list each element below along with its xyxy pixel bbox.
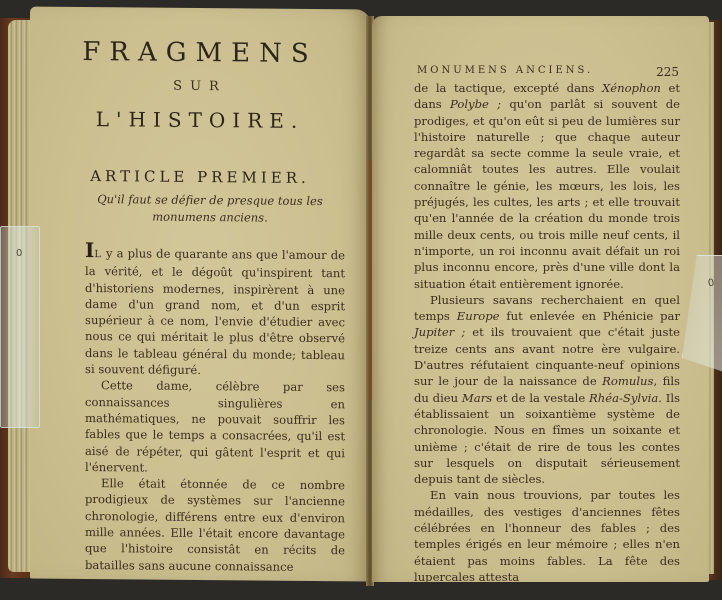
title-fragmens: FRAGMENS	[30, 37, 370, 70]
drop-cap: I	[85, 238, 94, 262]
right-page: MONUMENS ANCIENS. 225 de la tactique, ex…	[372, 16, 709, 582]
left-body-text: IL y a plus de quarante ans que l'amour …	[85, 243, 345, 575]
text: qu'on parlât si souvent de prodiges, et …	[414, 97, 680, 290]
text: fut enlevée en Phénicie par	[500, 309, 680, 323]
clip-left-label: 0	[16, 248, 22, 259]
title-sur: SUR	[30, 78, 370, 96]
article-subtitle: Qu'il faut se défier de presque tous les…	[85, 191, 335, 227]
paragraph: Cette dame, célèbre par ses connaissance…	[85, 377, 345, 477]
paragraph: IL y a plus de quarante ans que l'amour …	[85, 243, 345, 380]
italic-name: Rhéa-Sylvia.	[589, 391, 662, 405]
drop-cap-rest: L	[94, 249, 102, 260]
paragraph: de la tactique, excepté dans Xénophon et…	[414, 80, 680, 292]
article-heading: ARTICLE PREMIER.	[30, 167, 370, 188]
italic-name: Mars	[462, 391, 492, 405]
paragraph: Plusieurs savans recherchaient en quel t…	[414, 292, 680, 488]
text: et de la vestale	[492, 391, 589, 405]
paragraph: En vain nous trouvions, par toutes les m…	[414, 487, 680, 585]
italic-name: Xénophon	[602, 81, 661, 95]
title-histoire: L'HISTOIRE.	[30, 107, 370, 134]
running-head: MONUMENS ANCIENS. 225	[417, 65, 679, 79]
italic-name: Polybe ;	[450, 97, 501, 111]
paragraph-text: y a plus de quarante ans que l'amour de …	[85, 246, 345, 377]
open-book: FRAGMENS SUR L'HISTOIRE. ARTICLE PREMIER…	[0, 0, 722, 600]
text: de la tactique, excepté dans	[414, 81, 602, 95]
page-number: 225	[656, 65, 679, 79]
right-body-text: de la tactique, excepté dans Xénophon et…	[414, 80, 680, 585]
italic-name: Europe	[457, 309, 500, 323]
paragraph: Elle était étonnée de ce nombre prodigie…	[85, 475, 345, 575]
italic-name: Jupiter ;	[414, 325, 465, 339]
left-page: FRAGMENS SUR L'HISTOIRE. ARTICLE PREMIER…	[30, 7, 370, 582]
running-head-title: MONUMENS ANCIENS.	[417, 65, 593, 79]
italic-name: Romulus	[602, 374, 653, 388]
